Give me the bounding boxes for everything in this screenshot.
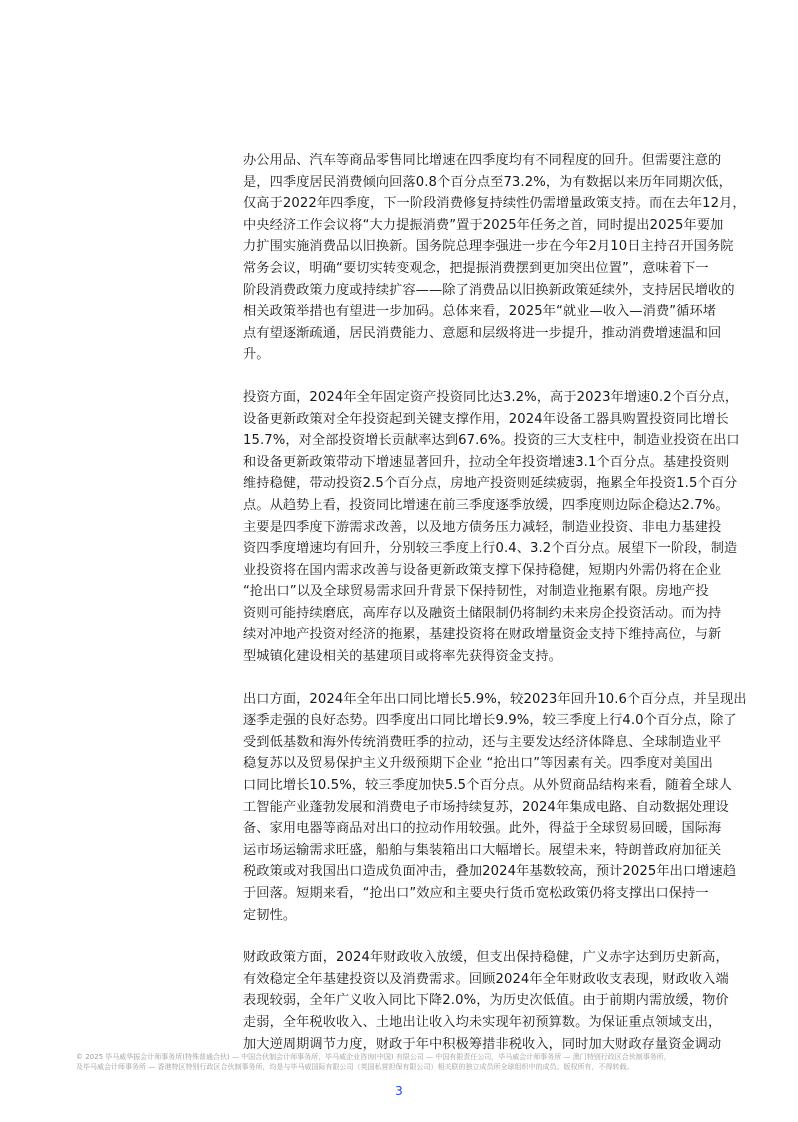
text-line: 升。	[243, 344, 737, 366]
text-line: 表现较弱，全年广义收入同比下降2.0%，为历史次低值。由于前期内需放缓，物价	[243, 990, 737, 1012]
text-line: 办公用品、汽车等商品零售同比增速在四季度均有不同程度的回升。但需要注意的	[243, 150, 737, 172]
text-line: 是，四季度居民消费倾向回落0.8个百分点至73.2%，为有数据以来历年同期次低，	[243, 172, 737, 194]
text-line: 点。从趋势上看，投资同比增速在前三季度逐季放缓，四季度则边际企稳达2.7%。	[243, 495, 737, 517]
text-line: 15.7%，对全部投资增长贡献率达到67.6%。投资的三大支柱中，制造业投资在出…	[243, 430, 737, 452]
paragraph-consumption: 办公用品、汽车等商品零售同比增速在四季度均有不同程度的回升。但需要注意的 是，四…	[243, 150, 737, 366]
copyright-footer: © 2025 毕马威华振会计师事务所(特殊普通合伙) — 中国合伙制会计师事务所…	[76, 1052, 726, 1072]
text-line: 常务会议，明确“要切实转变观念，把提振消费摆到更加突出位置”，意味着下一	[243, 258, 737, 280]
text-line: 业投资将在国内需求改善与设备更新政策支撑下保持稳健，短期内外需仍将在企业	[243, 560, 737, 582]
text-line: 主要是四季度下游需求改善，以及地方债务压力减轻，制造业投资、非电力基建投	[243, 517, 737, 539]
text-line: 和设备更新政策带动下增速显著回升，拉动全年投资增速3.1个百分点。基建投资则	[243, 452, 737, 474]
text-line: 出口方面，2024年全年出口同比增长5.9%，较2023年回升10.6个百分点，…	[243, 689, 737, 711]
paragraph-investment: 投资方面，2024年全年固定资产投资同比达3.2%，高于2023年增速0.2个百…	[243, 387, 737, 668]
text-line: 资四季度增速均有回升，分别较三季度上行0.4、3.2个百分点。展望下一阶段，制造	[243, 538, 737, 560]
footer-line: 及毕马威会计师事务所 — 香港特区特别行政区合伙制事务所，均是与毕马威国际有限公…	[76, 1062, 726, 1072]
text-line: 受到低基数和海外传统消费旺季的拉动，还与主要发达经济体降息、全球制造业平	[243, 732, 737, 754]
text-line: 点有望逐渐疏通，居民消费能力、意愿和层级将进一步提升，推动消费增速温和回	[243, 323, 737, 345]
document-body: 办公用品、汽车等商品零售同比增速在四季度均有不同程度的回升。但需要注意的 是，四…	[243, 150, 737, 1076]
text-line: 型城镇化建设相关的基建项目或将率先获得资金支持。	[243, 646, 737, 668]
text-line: 税政策或对我国出口造成负面冲击，叠加2024年基数较高，预计2025年出口增速趋	[243, 861, 737, 883]
footer-line: © 2025 毕马威华振会计师事务所(特殊普通合伙) — 中国合伙制会计师事务所…	[76, 1052, 726, 1062]
text-line: 运市场运输需求旺盛，船舶与集装箱出口大幅增长。展望未来，特朗普政府加征关	[243, 840, 737, 862]
paragraph-fiscal: 财政政策方面，2024年财政收入放缓，但支出保持稳健，广义赤字达到历史新高， 有…	[243, 947, 737, 1055]
text-line: 工智能产业蓬勃发展和消费电子市场持续复苏，2024年集成电路、自动数据处理设	[243, 797, 737, 819]
page-number: 3	[0, 1084, 798, 1098]
text-line: 投资方面，2024年全年固定资产投资同比达3.2%，高于2023年增速0.2个百…	[243, 387, 737, 409]
text-line: 财政政策方面，2024年财政收入放缓，但支出保持稳健，广义赤字达到历史新高，	[243, 947, 737, 969]
text-line: 力扩围实施消费品以旧换新。国务院总理李强进一步在今年2月10日主持召开国务院	[243, 236, 737, 258]
text-line: 口同比增长10.5%，较三季度加快5.5个百分点。从外贸商品结构来看，随着全球人	[243, 775, 737, 797]
text-line: 相关政策举措也有望进一步加码。总体来看，2025年“就业—收入—消费”循环堵	[243, 301, 737, 323]
text-line: 维持稳健，带动投资2.5个百分点，房地产投资则延续疲弱，拖累全年投资1.5个百分	[243, 473, 737, 495]
text-line: 资则可能持续磨底，高库存以及融资土储限制仍将制约未来房企投资活动。而为持	[243, 603, 737, 625]
text-line: 走弱，全年税收收入、土地出让收入均未实现年初预算数。为保证重点领域支出，	[243, 1012, 737, 1034]
text-line: 中央经济工作会议将“大力提振消费”置于2025年任务之首，同时提出2025年要加	[243, 215, 737, 237]
paragraph-exports: 出口方面，2024年全年出口同比增长5.9%，较2023年回升10.6个百分点，…	[243, 689, 737, 927]
text-line: 阶段消费政策力度或持续扩容——除了消费品以旧换新政策延续外，支持居民增收的	[243, 280, 737, 302]
text-line: 设备更新政策对全年投资起到关键支撑作用，2024年设备工器具购置投资同比增长	[243, 409, 737, 431]
text-line: 定韧性。	[243, 905, 737, 927]
text-line: 于回落。短期来看，“抢出口”效应和主要央行货币宽松政策仍将支撑出口保持一	[243, 883, 737, 905]
text-line: 有效稳定全年基建投资以及消费需求。回顾2024年全年财政收支表现，财政收入端	[243, 969, 737, 991]
text-line: 逐季走强的良好态势。四季度出口同比增长9.9%，较三季度上行4.0个百分点，除了	[243, 710, 737, 732]
text-line: 续对冲地产投资对经济的拖累，基建投资将在财政增量资金支持下维持高位，与新	[243, 624, 737, 646]
text-line: 备、家用电器等商品对出口的拉动作用较强。此外，得益于全球贸易回暖，国际海	[243, 818, 737, 840]
text-line: 仅高于2022年四季度，下一阶段消费修复持续性仍需增量政策支持。而在去年12月，	[243, 193, 737, 215]
text-line: 稳复苏以及贸易保护主义升级预期下企业 “抢出口”等因素有关。四季度对美国出	[243, 753, 737, 775]
text-line: “抢出口”以及全球贸易需求回升背景下保持韧性，对制造业拖累有限。房地产投	[243, 581, 737, 603]
